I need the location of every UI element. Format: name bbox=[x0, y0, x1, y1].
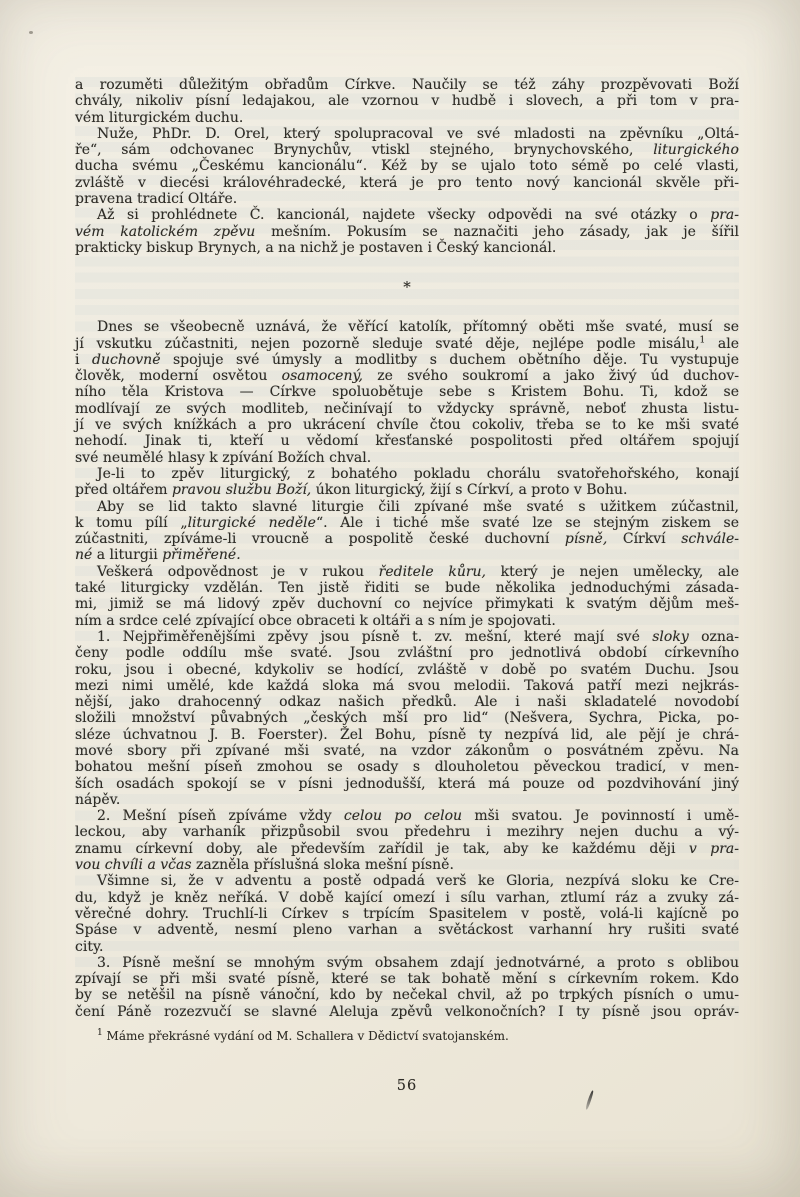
text-line: člověk, moderní osvětou osamocený, ze sv… bbox=[75, 368, 739, 384]
paragraph: a rozuměti důležitým obřadům Církve. Nau… bbox=[75, 77, 739, 126]
text-line: Spáse v adventě, nesmí pleno varhan a sv… bbox=[75, 922, 739, 938]
text-line: také liturgicky vzdělán. Ten jistě řidit… bbox=[75, 580, 739, 596]
paragraph: 2. Mešní píseň zpíváme vždy celou po cel… bbox=[75, 808, 739, 873]
text-segment: Nuže, PhDr. D. Orel, který spolupracoval… bbox=[97, 126, 739, 142]
text-segment: ním a srdce celé zpívající obce obraceti… bbox=[75, 613, 556, 629]
text-segment: ozna- bbox=[689, 629, 739, 645]
paragraph: Až si prohlédnete Č. kancionál, najdete … bbox=[75, 207, 739, 256]
text-segment: vém katolickém zpěvu bbox=[75, 224, 255, 240]
text-segment: prakticky biskup Brynych, a na nichž je … bbox=[75, 240, 556, 256]
text-segment: zvláště v diecési královéhradecké, která… bbox=[75, 175, 739, 191]
text-line: 3. Písně mešní se mnohým svým obsahem zd… bbox=[75, 955, 739, 971]
text-segment: né bbox=[75, 547, 92, 563]
text-line: ře“, sám odchovanec Brynychův, vtiskl st… bbox=[75, 142, 739, 158]
text-segment: před oltářem bbox=[75, 482, 172, 498]
text-segment: zazněla příslušná sloka mešní písně. bbox=[192, 857, 454, 873]
text-line: i duchovně spojuje své úmysly a modlitby… bbox=[75, 352, 739, 368]
text-segment: chvály, nikoliv písní ledajakou, ale vzo… bbox=[75, 93, 739, 109]
paragraph: Aby se lid takto slavné liturgie čili zp… bbox=[75, 499, 739, 564]
text-line: ších osadách spokojí se v písni jednoduš… bbox=[75, 776, 739, 792]
text-line: mové sbory při zpívané mši svaté, na vzd… bbox=[75, 743, 739, 759]
text-segment: znamu církevní doby, ale především zaříd… bbox=[75, 841, 689, 857]
text-segment: Až si prohlédnete Č. kancionál, najdete … bbox=[97, 207, 710, 223]
text-segment: Církví bbox=[607, 531, 681, 547]
text-segment: 1. Nejpřiměřenějšími zpěvy jsou písně t.… bbox=[97, 629, 652, 645]
page-number: 56 bbox=[75, 1078, 739, 1094]
text-line: zúčastniti, zpíváme-li vroucně a pospoli… bbox=[75, 531, 739, 547]
text-line: 1 Máme překrásné vydání od M. Schallera … bbox=[75, 1029, 739, 1044]
text-line: pravena tradicí Oltáře. bbox=[75, 191, 739, 207]
text-segment: leckou, aby varhaník přizpůsobil svou př… bbox=[75, 824, 739, 840]
text-segment: ře“, sám odchovanec Brynychův, vtiskl st… bbox=[75, 142, 653, 158]
text-segment: i bbox=[75, 352, 92, 368]
text-line: bohatou mešní píseň zmohou se osady s dl… bbox=[75, 759, 739, 775]
text-segment: ního těla Kristova — Církve spoluobětuje… bbox=[75, 384, 739, 400]
text-line: Dnes se všeobecně uznává, že věřící kato… bbox=[75, 319, 739, 335]
text-segment: vou chvíli a včas bbox=[75, 857, 192, 873]
paragraph: 1. Nejpřiměřenějšími zpěvy jsou písně t.… bbox=[75, 629, 739, 808]
paragraph: Je-li to zpěv liturgický, z bohatého pok… bbox=[75, 466, 739, 499]
text-line: ního těla Kristova — Církve spoluobětuje… bbox=[75, 384, 739, 400]
text-line: Všimne si, že v adventu a postě odpadá v… bbox=[75, 873, 739, 889]
text-segment: modlívají ze svých modliteb, nečinívají … bbox=[75, 401, 739, 417]
text-segment: bohatou mešní píseň zmohou se osady s dl… bbox=[75, 759, 739, 775]
text-line: ním a srdce celé zpívající obce obraceti… bbox=[75, 613, 739, 629]
text-segment: Veškerá odpovědnost je v rukou bbox=[97, 564, 379, 580]
paragraph: Dnes se všeobecně uznává, že věřící kato… bbox=[75, 319, 739, 466]
text-segment: sléze úchvatnou J. B. Foerster). Žel Boh… bbox=[75, 727, 739, 743]
text-line: jí ve svých knížkách a pro ukrácení chví… bbox=[75, 417, 739, 433]
text-segment: mešním. Pokusím se naznačiti jeho zásady… bbox=[255, 224, 739, 240]
text-segment: a rozuměti důležitým obřadům Církve. Nau… bbox=[75, 77, 739, 93]
text-segment: by se netěšil na písně vánoční, kdo by n… bbox=[75, 987, 739, 1003]
text-segment: ze svého soukromí a jako živý úd duchov- bbox=[363, 368, 739, 384]
text-segment: vém liturgickém duchu. bbox=[75, 110, 243, 126]
text-segment: v pra- bbox=[689, 841, 739, 857]
text-line: Aby se lid takto slavné liturgie čili zp… bbox=[75, 499, 739, 515]
text-segment: ale bbox=[705, 336, 739, 352]
text-segment: celou po celou bbox=[344, 808, 462, 824]
text-segment: nější, jako drahocenný odkaz našich před… bbox=[75, 694, 739, 710]
text-segment: také liturgicky vzdělán. Ten jistě řidit… bbox=[75, 580, 739, 596]
text-segment: pravou službu Boží, bbox=[172, 482, 311, 498]
section-separator-asterisk: * bbox=[75, 256, 739, 319]
text-segment: složili množství půvabných „českých mší … bbox=[75, 710, 739, 726]
text-segment: pravena tradicí Oltáře. bbox=[75, 191, 237, 207]
text-line: složili množství půvabných „českých mší … bbox=[75, 710, 739, 726]
text-segment: liturgického bbox=[653, 142, 739, 158]
text-segment: 2. Mešní píseň zpíváme vždy bbox=[97, 808, 344, 824]
text-line: Až si prohlédnete Č. kancionál, najdete … bbox=[75, 207, 739, 223]
text-line: nápěv. bbox=[75, 792, 739, 808]
text-segment: ších osadách spokojí se v písni jednoduš… bbox=[75, 776, 739, 792]
text-segment: schvále- bbox=[681, 531, 739, 547]
text-line: du, když je kněz neříká. V době kající o… bbox=[75, 890, 739, 906]
text-segment: pra- bbox=[710, 207, 739, 223]
text-segment: Je-li to zpěv liturgický, z bohatého pok… bbox=[97, 466, 739, 482]
text-segment: úkon liturgický, žijí s Církví, a proto … bbox=[311, 482, 627, 498]
text-line: jí vskutku zúčastniti, nejen pozorně sle… bbox=[75, 336, 739, 352]
text-segment: Spáse v adventě, nesmí pleno varhan a sv… bbox=[75, 922, 739, 938]
text-segment: zúčastniti, zpíváme-li vroucně a pospoli… bbox=[75, 531, 565, 547]
text-line: né a liturgii přiměřené. bbox=[75, 547, 739, 563]
text-segment: mši svatou. Je povinností i umě- bbox=[462, 808, 739, 824]
text-segment: písně, bbox=[565, 531, 607, 547]
text-line: vou chvíli a včas zazněla příslušná slok… bbox=[75, 857, 739, 873]
text-line: leckou, aby varhaník přizpůsobil svou př… bbox=[75, 824, 739, 840]
text-line: zvláště v diecési královéhradecké, která… bbox=[75, 175, 739, 191]
text-segment: mové sbory při zpívané mši svaté, na vzd… bbox=[75, 743, 739, 759]
text-line: mi, jimiž se má lidový zpěv duchovní co … bbox=[75, 596, 739, 612]
text-line: Nuže, PhDr. D. Orel, který spolupracoval… bbox=[75, 126, 739, 142]
text-line: zpívají se při mši svaté písně, které se… bbox=[75, 971, 739, 987]
text-segment: “. Ale i tiché mše svaté lze se stejným … bbox=[316, 515, 739, 531]
text-segment: zpívají se při mši svaté písně, které se… bbox=[75, 971, 739, 987]
text-segment: Dnes se všeobecně uznává, že věřící kato… bbox=[97, 319, 739, 335]
text-line: vém liturgickém duchu. bbox=[75, 110, 739, 126]
paragraph: 3. Písně mešní se mnohým svým obsahem zd… bbox=[75, 955, 739, 1020]
text-line: mezi nimi umělé, kde každá sloka má svou… bbox=[75, 678, 739, 694]
text-segment: liturgické neděle bbox=[188, 515, 316, 531]
text-line: před oltářem pravou službu Boží, úkon li… bbox=[75, 482, 739, 498]
text-line: a rozuměti důležitým obřadům Církve. Nau… bbox=[75, 77, 739, 93]
text-line: 2. Mešní píseň zpíváme vždy celou po cel… bbox=[75, 808, 739, 824]
text-segment: du, když je kněz neříká. V době kající o… bbox=[75, 890, 739, 906]
paragraph: Veškerá odpovědnost je v rukou ředitele … bbox=[75, 564, 739, 629]
text-segment: 3. Písně mešní se mnohým svým obsahem zd… bbox=[97, 955, 739, 971]
paragraph: Všimne si, že v adventu a postě odpadá v… bbox=[75, 873, 739, 954]
text-segment: city. bbox=[75, 939, 103, 955]
text-segment: nápěv. bbox=[75, 792, 120, 808]
text-segment: mi, jimiž se má lidový zpěv duchovní co … bbox=[75, 596, 739, 612]
text-segment: mezi nimi umělé, kde každá sloka má svou… bbox=[75, 678, 739, 694]
text-line: vém katolickém zpěvu mešním. Pokusím se … bbox=[75, 224, 739, 240]
text-line: sléze úchvatnou J. B. Foerster). Žel Boh… bbox=[75, 727, 739, 743]
text-line: chvály, nikoliv písní ledajakou, ale vzo… bbox=[75, 93, 739, 109]
text-line: prakticky biskup Brynych, a na nichž je … bbox=[75, 240, 739, 256]
text-line: Veškerá odpovědnost je v rukou ředitele … bbox=[75, 564, 739, 580]
text-line: modlívají ze svých modliteb, nečinívají … bbox=[75, 401, 739, 417]
text-segment: Všimne si, že v adventu a postě odpadá v… bbox=[97, 873, 739, 889]
text-line: city. bbox=[75, 939, 739, 955]
text-segment: ducha svému „Českému kancionálu“. Kéž by… bbox=[75, 158, 739, 174]
paragraph: Nuže, PhDr. D. Orel, který spolupracoval… bbox=[75, 126, 739, 207]
text-line: roku, jsou i obecné, kdykoliv se hodící,… bbox=[75, 662, 739, 678]
text-line: nehodí. Jinak ti, kteří u vědomí křesťan… bbox=[75, 433, 739, 449]
text-segment: přiměřené. bbox=[162, 547, 240, 563]
text-line: k tomu pílí „liturgické neděle“. Ale i t… bbox=[75, 515, 739, 531]
text-segment: osamocený, bbox=[282, 368, 363, 384]
text-segment: Aby se lid takto slavné liturgie čili zp… bbox=[97, 499, 739, 515]
text-line: čeny podle oddílu mše svaté. Jsou zvlášt… bbox=[75, 645, 739, 661]
text-line: věrečné dohry. Truchlí-li Církev s trpíc… bbox=[75, 906, 739, 922]
scanned-page: a rozuměti důležitým obřadům Církve. Nau… bbox=[0, 0, 800, 1197]
text-segment: nehodí. Jinak ti, kteří u vědomí křesťan… bbox=[75, 433, 739, 449]
body-text: a rozuměti důležitým obřadům Církve. Nau… bbox=[75, 77, 739, 1020]
text-line: čení Páně rozezvučí se slavné Aleluja zp… bbox=[75, 1004, 739, 1020]
text-segment: jí ve svých knížkách a pro ukrácení chví… bbox=[75, 417, 739, 433]
text-segment: ředitele kůru, bbox=[379, 564, 486, 580]
text-line: znamu církevní doby, ale především zaříd… bbox=[75, 841, 739, 857]
text-line: ducha svému „Českému kancionálu“. Kéž by… bbox=[75, 158, 739, 174]
text-segment: k tomu pílí „ bbox=[75, 515, 188, 531]
text-line: nější, jako drahocenný odkaz našich před… bbox=[75, 694, 739, 710]
text-segment: který je nejen umělecky, ale bbox=[486, 564, 739, 580]
text-segment: spojuje své úmysly a modlitby s duchem o… bbox=[160, 352, 739, 368]
text-segment: a liturgii bbox=[92, 547, 162, 563]
text-segment: věrečné dohry. Truchlí-li Církev s trpíc… bbox=[75, 906, 739, 922]
text-segment: jí vskutku zúčastniti, nejen pozorně sle… bbox=[75, 336, 700, 352]
text-line: Je-li to zpěv liturgický, z bohatého pok… bbox=[75, 466, 739, 482]
footnote: 1 Máme překrásné vydání od M. Schallera … bbox=[75, 1029, 739, 1044]
text-segment: čení Páně rozezvučí se slavné Aleluja zp… bbox=[75, 1004, 739, 1020]
text-line: 1. Nejpřiměřenějšími zpěvy jsou písně t.… bbox=[75, 629, 739, 645]
paper-speck bbox=[29, 31, 33, 34]
text-segment: sloky bbox=[652, 629, 688, 645]
text-segment: Máme překrásné vydání od M. Schallera v … bbox=[103, 1029, 509, 1043]
text-segment: své neumělé hlasy k zpívání Božích chval… bbox=[75, 450, 371, 466]
text-line: své neumělé hlasy k zpívání Božích chval… bbox=[75, 450, 739, 466]
text-segment: člověk, moderní osvětou bbox=[75, 368, 282, 384]
text-segment: čeny podle oddílu mše svaté. Jsou zvlášt… bbox=[75, 645, 739, 661]
text-segment: roku, jsou i obecné, kdykoliv se hodící,… bbox=[75, 662, 739, 678]
text-line: by se netěšil na písně vánoční, kdo by n… bbox=[75, 987, 739, 1003]
text-segment: duchovně bbox=[92, 352, 160, 368]
